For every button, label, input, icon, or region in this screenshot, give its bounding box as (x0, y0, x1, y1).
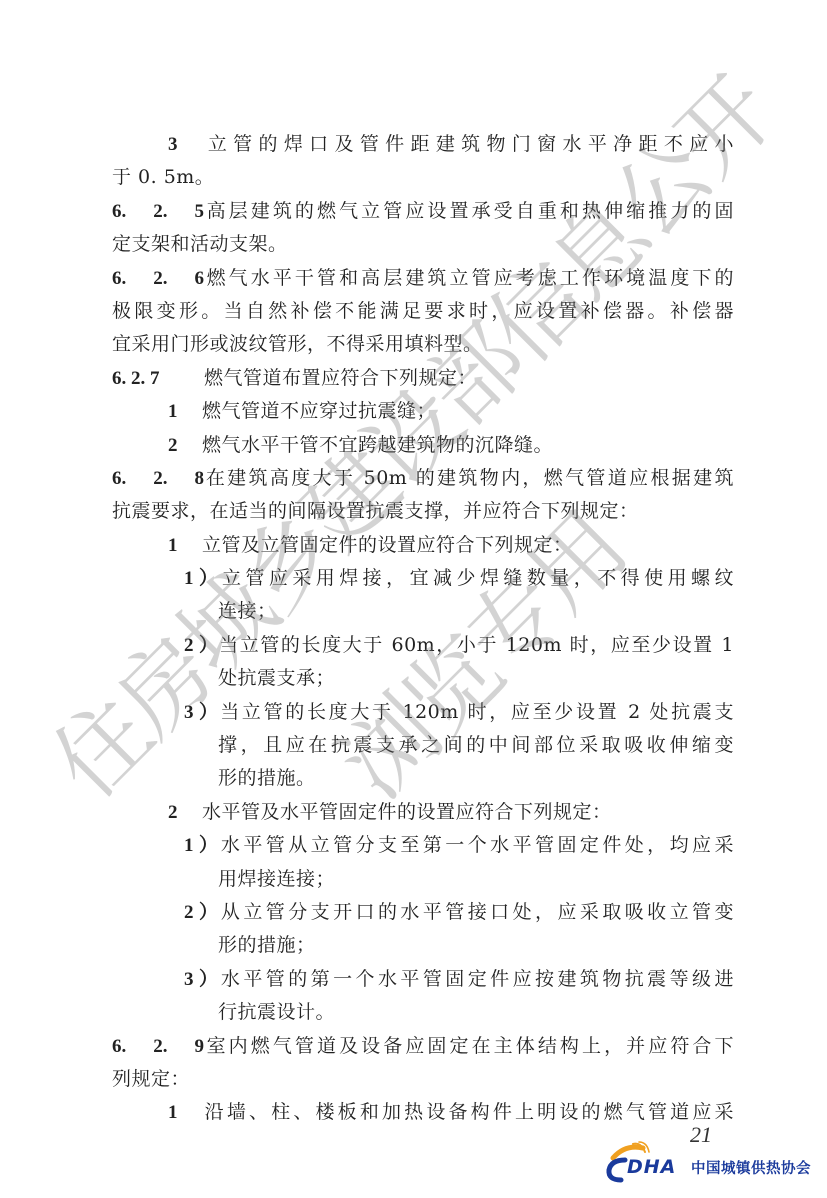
item-number: 1 (168, 1096, 202, 1129)
item-number: 1 (168, 395, 202, 428)
item-text: 燃气管道不应穿过抗震缝； (202, 400, 436, 422)
document-page: 3立管的焊口及管件距建筑物门窗水平净距不应小 于 0. 5m。 6. 2. 5高… (0, 0, 827, 1198)
clause-number: 6. 2. 8 (112, 462, 204, 495)
clause-number: 6. 2. 7 (112, 362, 204, 395)
list-item: 2水平管及水平管固定件的设置应符合下列规定： (112, 796, 734, 829)
sub-item-continuation: 连接； (112, 595, 734, 628)
sub-item-number: 3） (184, 963, 218, 996)
clause-6-2-6: 6. 2. 6燃气水平干管和高层建筑立管应考虑工作环境温度下的 (112, 262, 734, 295)
list-item: 1燃气管道不应穿过抗震缝； (112, 395, 734, 428)
continuation-line: 定支架和活动支架。 (112, 228, 734, 261)
clause-text: 室内燃气管道及设备应固定在主体结构上，并应符合下 (204, 1035, 734, 1057)
sub-item-continuation: 形的措施； (112, 929, 734, 962)
line-text: 宜采用门形或波纹管形，不得采用填料型。 (112, 333, 483, 355)
sub-item-number: 1） (184, 562, 218, 595)
sub-item-text: 水平管从立管分支至第一个水平管固定件处，均应采 (218, 834, 734, 856)
clause-6-2-5: 6. 2. 5高层建筑的燃气立管应设置承受自重和热伸缩推力的固 (112, 195, 734, 228)
clause-6-2-7: 6. 2. 7燃气管道布置应符合下列规定： (112, 362, 734, 395)
page-content: 3立管的焊口及管件距建筑物门窗水平净距不应小 于 0. 5m。 6. 2. 5高… (112, 128, 734, 1130)
sub-item-continuation: 撑，且应在抗震支承之间的中间部位采取吸收伸缩变 (112, 729, 734, 762)
sub-item: 1）立管应采用焊接，宜减少焊缝数量，不得使用螺纹 (112, 562, 734, 595)
line-text: 处抗震支承； (218, 667, 335, 689)
item-text: 立管及立管固定件的设置应符合下列规定： (202, 534, 573, 556)
line-text: 定支架和活动支架。 (112, 233, 288, 255)
clause-number: 6. 2. 5 (112, 195, 204, 228)
continuation-line: 于 0. 5m。 (112, 161, 734, 194)
list-item: 3立管的焊口及管件距建筑物门窗水平净距不应小 (112, 128, 734, 161)
continuation-line: 抗震要求，在适当的间隔设置抗震支撑，并应符合下列规定： (112, 495, 734, 528)
sub-item-text: 立管应采用焊接，宜减少焊缝数量，不得使用螺纹 (218, 567, 734, 589)
list-item: 2燃气水平干管不宜跨越建筑物的沉降缝。 (112, 429, 734, 462)
clause-text: 高层建筑的燃气立管应设置承受自重和热伸缩推力的固 (204, 200, 734, 222)
logo-abbreviation: DHA (627, 1156, 676, 1178)
line-text: 列规定： (112, 1068, 190, 1090)
clause-text: 燃气水平干管和高层建筑立管应考虑工作环境温度下的 (204, 267, 734, 289)
item-number: 3 (168, 128, 202, 161)
item-text: 燃气水平干管不宜跨越建筑物的沉降缝。 (202, 434, 553, 456)
cdha-logo: DHA 中国城镇供热协会 (603, 1140, 823, 1188)
line-text: 连接； (218, 600, 277, 622)
sub-item-text: 从立管分支开口的水平管接口处，应采取吸收立管变 (218, 901, 734, 923)
sub-item-continuation: 形的措施。 (112, 762, 734, 795)
line-text: 形的措施； (218, 934, 316, 956)
line-text: 于 0. 5m。 (112, 166, 214, 188)
line-text: 撑，且应在抗震支承之间的中间部位采取吸收伸缩变 (218, 734, 734, 756)
sub-item-continuation: 用焊接连接； (112, 863, 734, 896)
line-text: 行抗震设计。 (218, 1001, 335, 1023)
continuation-line: 列规定： (112, 1063, 734, 1096)
item-number: 2 (168, 429, 202, 462)
list-item: 1沿墙、柱、楼板和加热设备构件上明设的燃气管道应采 (112, 1096, 734, 1129)
clause-6-2-9: 6. 2. 9室内燃气管道及设备应固定在主体结构上，并应符合下 (112, 1030, 734, 1063)
item-text: 立管的焊口及管件距建筑物门窗水平净距不应小 (202, 133, 734, 155)
sub-item-number: 2） (184, 629, 218, 662)
sub-item-number: 1） (184, 829, 218, 862)
line-text: 抗震要求，在适当的间隔设置抗震支撑，并应符合下列规定： (112, 500, 639, 522)
sub-item: 2）当立管的长度大于 60m，小于 120m 时，应至少设置 1 (112, 629, 734, 662)
line-text: 用焊接连接； (218, 868, 335, 890)
logo-organization-name: 中国城镇供热协会 (691, 1157, 811, 1178)
line-text: 形的措施。 (218, 767, 316, 789)
clause-6-2-8: 6. 2. 8在建筑高度大于 50m 的建筑物内，燃气管道应根据建筑 (112, 462, 734, 495)
clause-text: 燃气管道布置应符合下列规定： (204, 367, 477, 389)
item-number: 2 (168, 796, 202, 829)
sub-item: 1）水平管从立管分支至第一个水平管固定件处，均应采 (112, 829, 734, 862)
clause-number: 6. 2. 9 (112, 1030, 204, 1063)
sub-item-number: 2） (184, 896, 218, 929)
sub-item-continuation: 行抗震设计。 (112, 996, 734, 1029)
clause-number: 6. 2. 6 (112, 262, 204, 295)
sub-item-number: 3） (184, 696, 218, 729)
sub-item: 3）水平管的第一个水平管固定件应按建筑物抗震等级进 (112, 963, 734, 996)
item-text: 水平管及水平管固定件的设置应符合下列规定： (202, 801, 612, 823)
continuation-line: 极限变形。当自然补偿不能满足要求时，应设置补偿器。补偿器 (112, 295, 734, 328)
sub-item-continuation: 处抗震支承； (112, 662, 734, 695)
item-text: 沿墙、柱、楼板和加热设备构件上明设的燃气管道应采 (202, 1101, 734, 1123)
list-item: 1立管及立管固定件的设置应符合下列规定： (112, 529, 734, 562)
sub-item-text: 当立管的长度大于 60m，小于 120m 时，应至少设置 1 (218, 634, 734, 656)
line-text: 极限变形。当自然补偿不能满足要求时，应设置补偿器。补偿器 (112, 300, 734, 322)
sub-item: 3）当立管的长度大于 120m 时，应至少设置 2 处抗震支 (112, 696, 734, 729)
continuation-line: 宜采用门形或波纹管形，不得采用填料型。 (112, 328, 734, 361)
sub-item-text: 当立管的长度大于 120m 时，应至少设置 2 处抗震支 (218, 701, 734, 723)
sub-item: 2）从立管分支开口的水平管接口处，应采取吸收立管变 (112, 896, 734, 929)
clause-text: 在建筑高度大于 50m 的建筑物内，燃气管道应根据建筑 (204, 467, 734, 489)
sub-item-text: 水平管的第一个水平管固定件应按建筑物抗震等级进 (218, 968, 734, 990)
item-number: 1 (168, 529, 202, 562)
